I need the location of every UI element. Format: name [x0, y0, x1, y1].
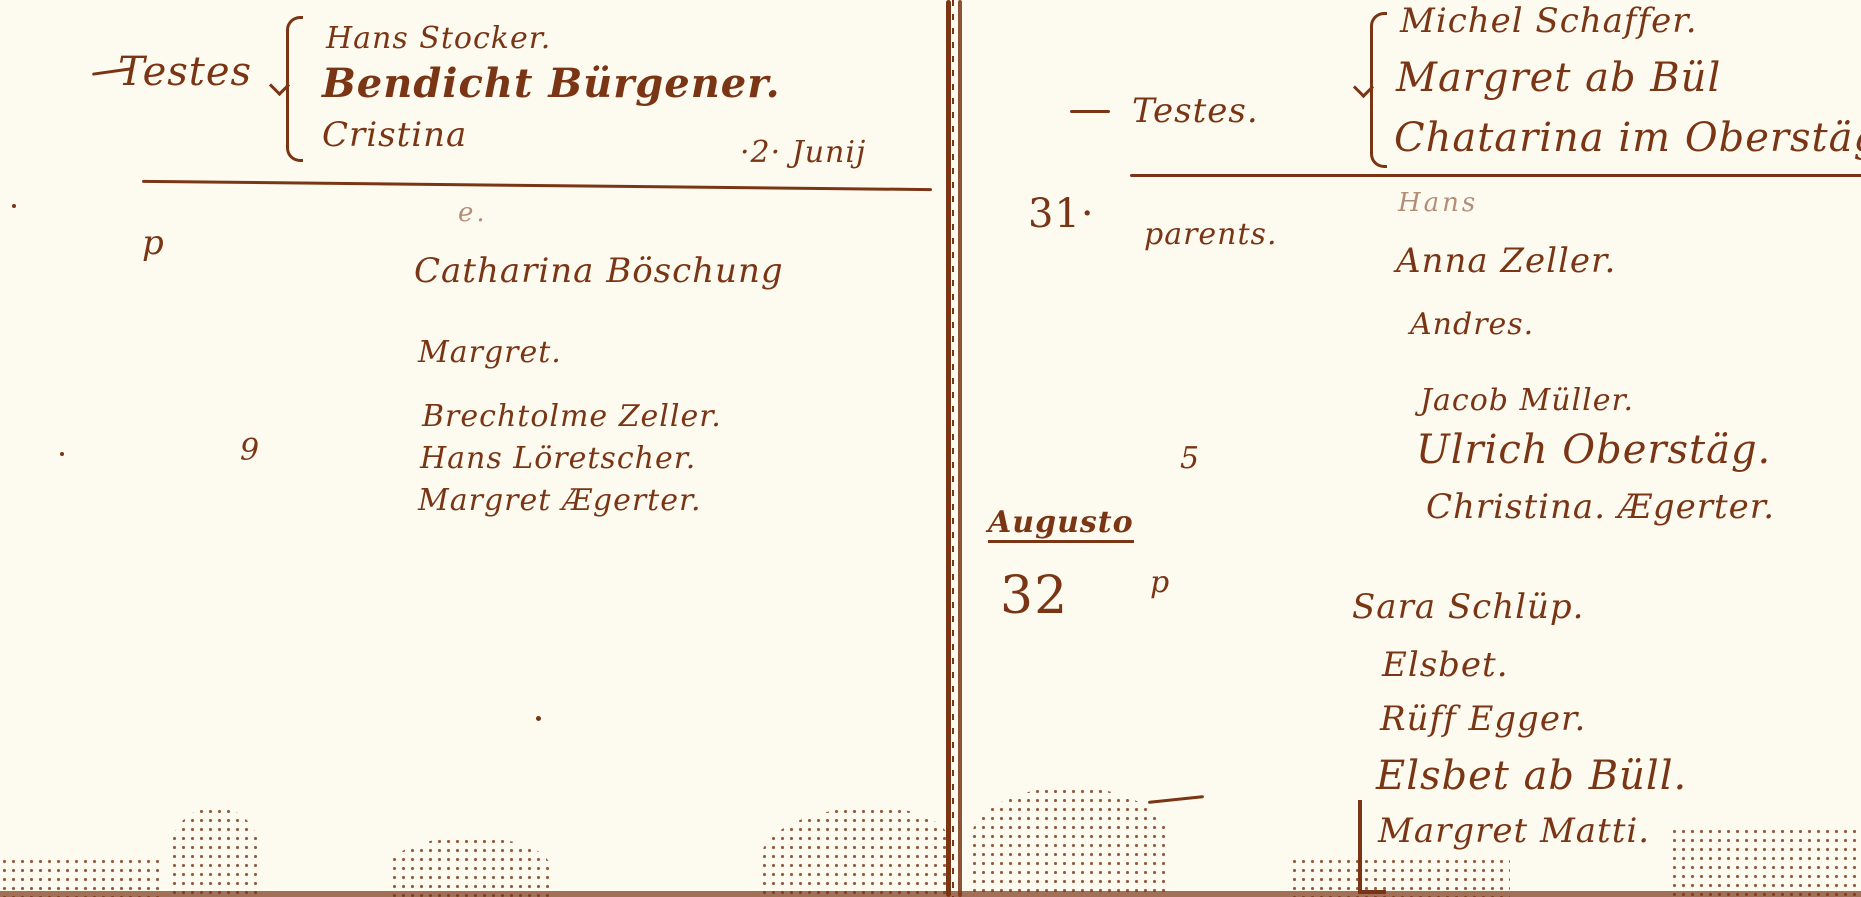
- book-spine: [944, 0, 968, 897]
- left-page: Testes Hans Stocker. Bendicht Bürgener. …: [0, 0, 950, 897]
- witnesses-label: Testes.: [1132, 94, 1259, 128]
- ink-speck: [60, 452, 64, 456]
- margin-note: 5: [1180, 444, 1200, 474]
- ink-speck: [536, 716, 541, 721]
- witness-name: Bendicht Bürgener.: [322, 64, 781, 104]
- child-name: Catharina Böschung: [414, 254, 784, 288]
- witness-brace: [1370, 12, 1387, 168]
- entry-number: 31·: [1028, 194, 1095, 234]
- child-and-parent: Anna Zeller.: [1396, 244, 1616, 278]
- bleed-through-texture: [1670, 827, 1861, 897]
- parent-name: Elsbet.: [1382, 648, 1509, 682]
- month-heading: Augusto: [988, 508, 1134, 543]
- margin-mark: p: [1150, 568, 1170, 598]
- page-bottom-edge: [0, 891, 1861, 897]
- faint-header-text: Hans: [1398, 190, 1478, 216]
- bleed-through-texture: [760, 807, 950, 897]
- godparent-name: Brechtolme Zeller.: [422, 402, 722, 432]
- spine-edge: [952, 0, 954, 897]
- right-page: Testes. Michel Schaffer. Margret ab Bül …: [970, 0, 1861, 897]
- margin-mark: p: [142, 226, 165, 260]
- bleed-through-texture: [390, 837, 550, 897]
- witness-name: Chatarina im Oberstäg: [1394, 118, 1861, 158]
- godparent-name: Ulrich Oberstäg.: [1416, 430, 1771, 470]
- godparent-name: Margret Ægerter.: [418, 486, 702, 516]
- parent-name: Andres.: [1410, 310, 1534, 340]
- ink-speck: [12, 204, 16, 208]
- spine-edge: [958, 0, 962, 897]
- witness-name: Hans Stocker.: [326, 24, 551, 54]
- section-divider: [1130, 174, 1861, 177]
- margin-dash: [1148, 795, 1204, 804]
- godparent-name: Hans Löretscher.: [420, 444, 696, 474]
- section-divider: [142, 180, 932, 191]
- witness-dash: [1070, 110, 1110, 113]
- margin-mark: parents.: [1144, 220, 1278, 250]
- witness-name: Cristina: [322, 118, 467, 152]
- bleed-through-texture: [170, 807, 260, 897]
- witness-name: Michel Schaffer.: [1400, 4, 1698, 38]
- godparent-name: Jacob Müller.: [1420, 386, 1634, 416]
- witness-name: Margret ab Bül: [1396, 58, 1721, 98]
- mother-name: Margret.: [418, 338, 562, 368]
- margin-faint-text: e.: [458, 200, 488, 226]
- godparent-name: Rüff Egger.: [1380, 702, 1586, 736]
- witnesses-label: Testes: [118, 52, 252, 92]
- entry-date: ·2· Junij: [740, 138, 866, 168]
- godparent-name: Elsbet ab Büll.: [1376, 756, 1687, 796]
- bleed-through-texture: [970, 787, 1170, 897]
- witness-brace: [286, 16, 303, 162]
- spine-edge: [946, 0, 951, 897]
- entry-number: 32: [1000, 570, 1068, 622]
- godparent-name: Christina. Ægerter.: [1426, 490, 1775, 524]
- margin-note: 9: [240, 436, 260, 466]
- godparent-name: Margret Matti.: [1378, 814, 1650, 848]
- child-and-parent: Sara Schlüp.: [1352, 590, 1584, 624]
